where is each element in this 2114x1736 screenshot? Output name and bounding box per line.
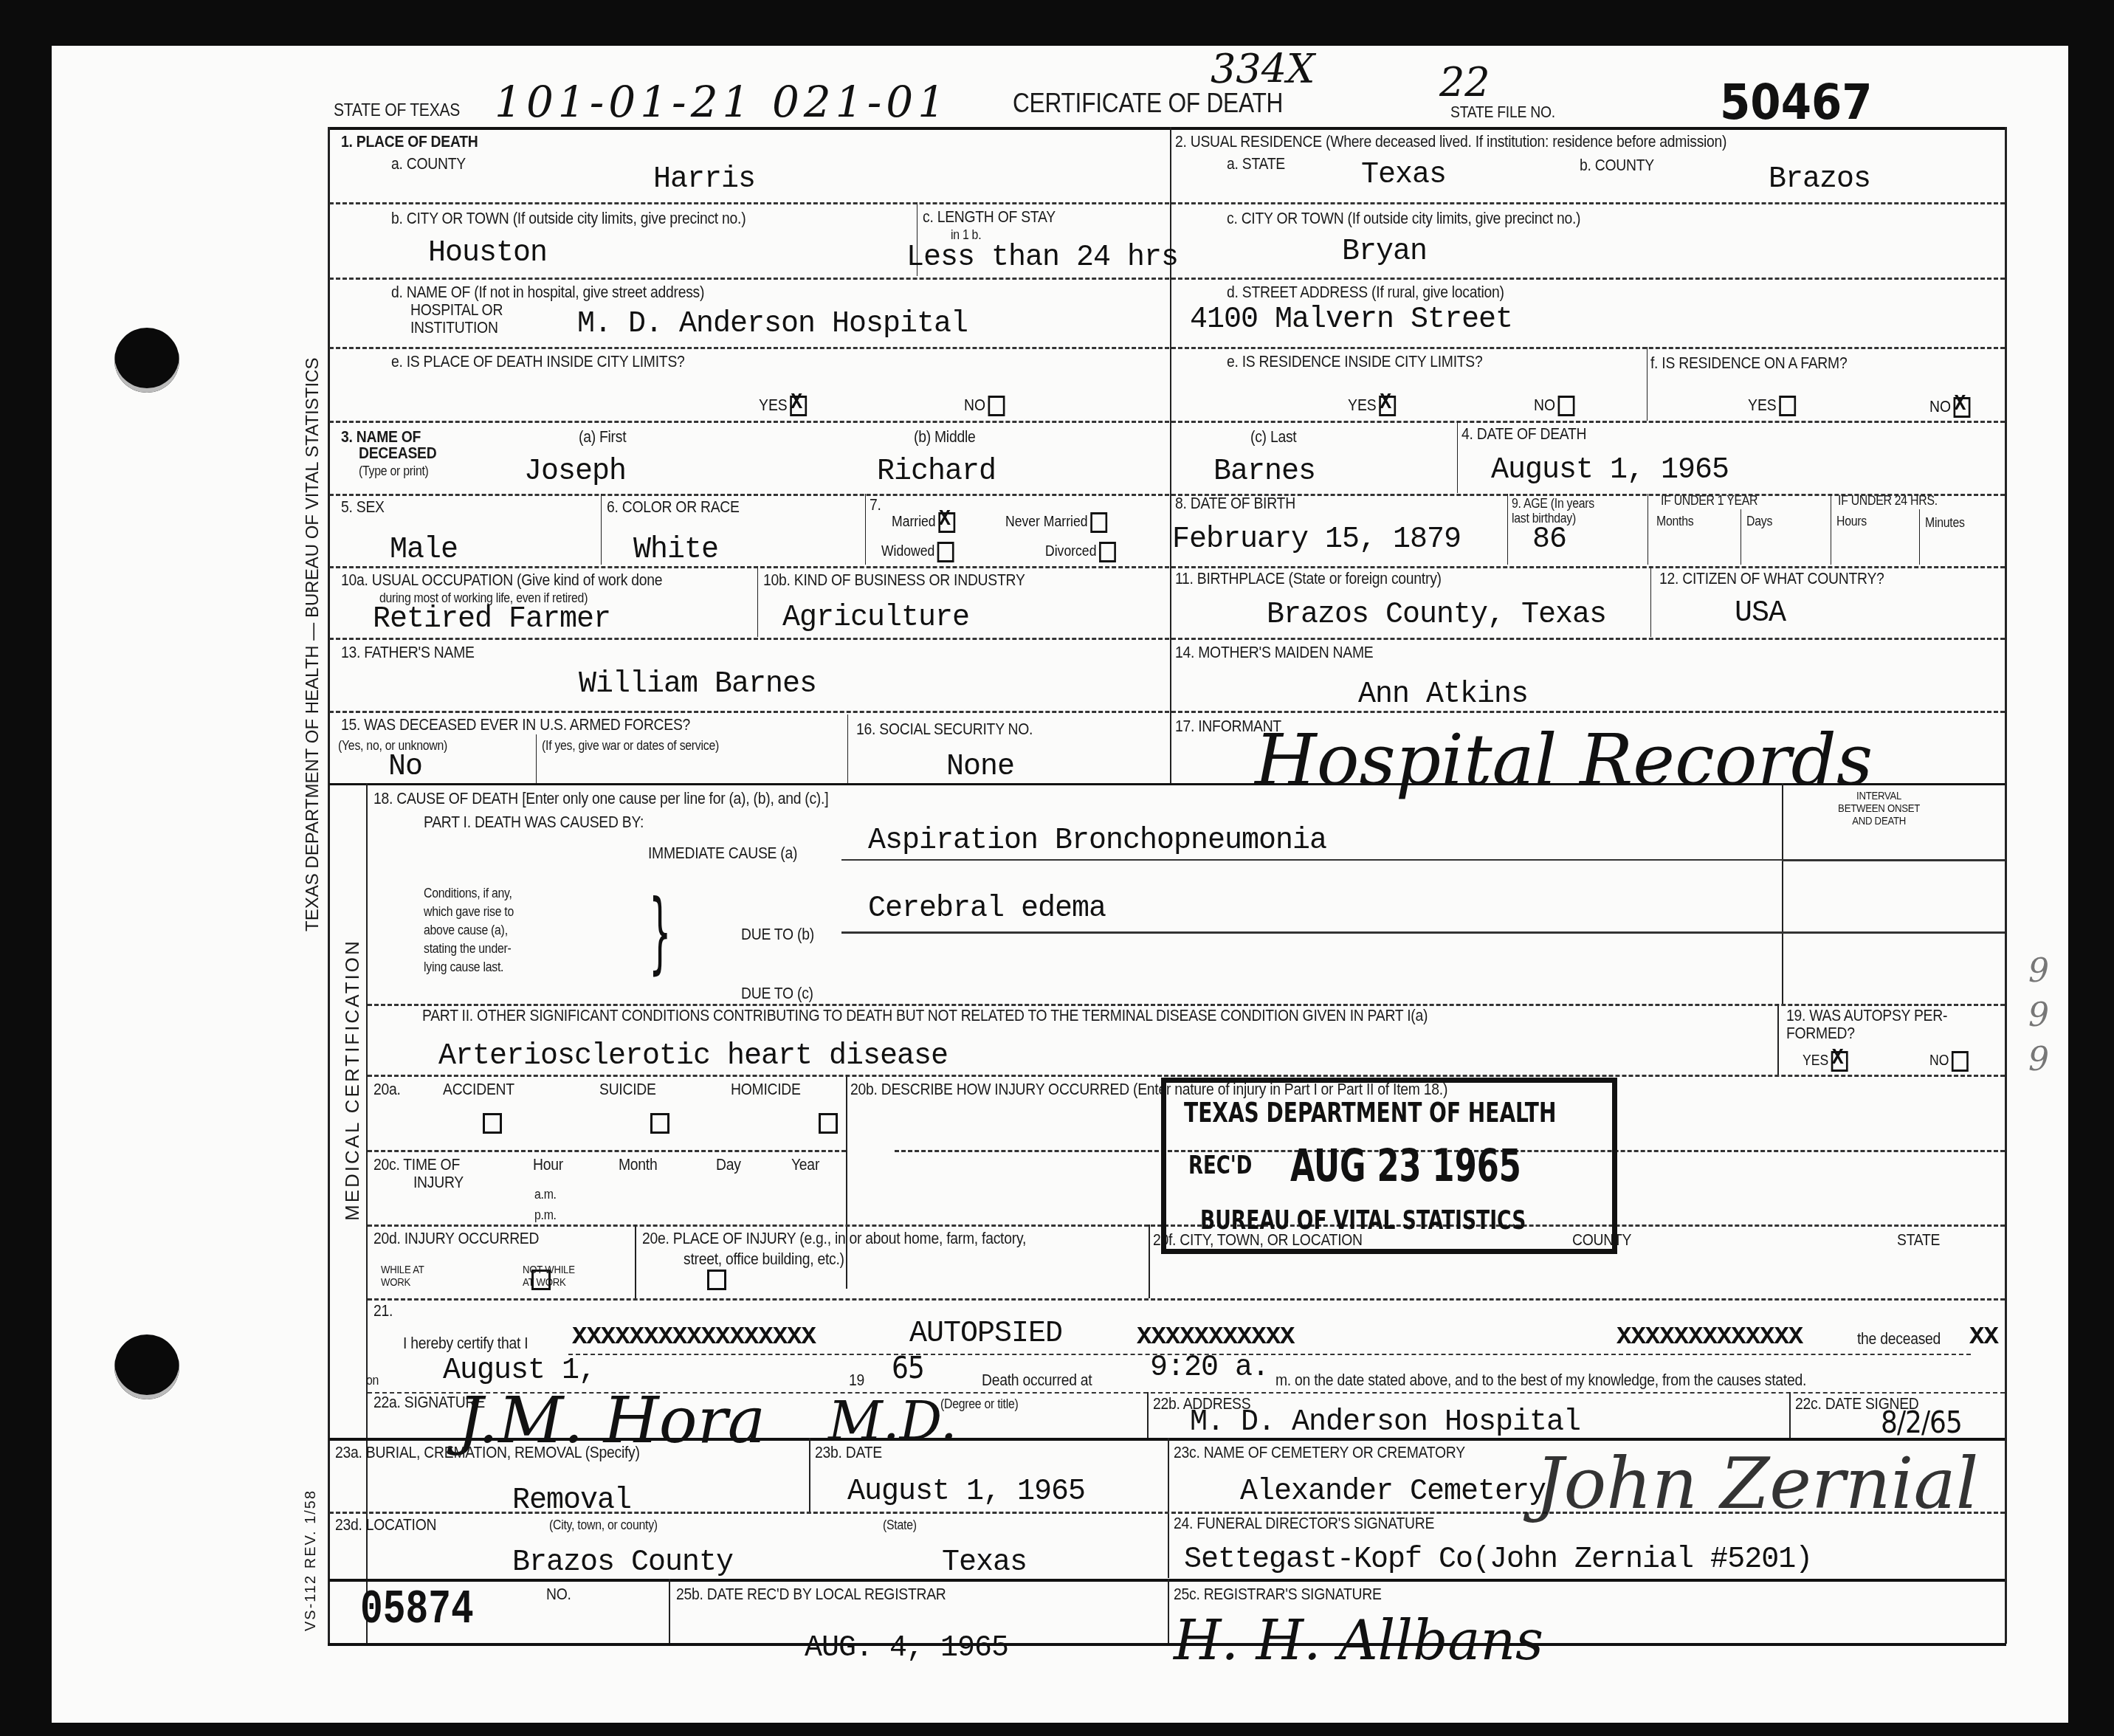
industry-value: Agriculture [782,602,969,635]
armed-forces-value: No [388,751,422,784]
year-value: 65 [892,1352,924,1385]
row-rule [368,1150,846,1152]
res-state-value: Texas [1361,159,1446,192]
handwritten-annotation-2: 22 [1439,59,1490,106]
checkbox-unchecked[interactable] [1952,1051,1969,1072]
hour-label: Hour [533,1156,563,1174]
industry-divider [757,566,758,637]
race-value: White [633,534,718,567]
accident-checkbox[interactable] [483,1113,502,1134]
hours-label: Hours [1836,514,1867,528]
row-rule [329,278,2005,280]
dob-value: February 15, 1879 [1172,524,1461,557]
under-24-divider [1831,494,1831,565]
interval-divider [1782,783,1783,1005]
checkbox-unchecked[interactable] [1090,512,1107,533]
res-county-label: b. COUNTY [1580,156,1654,174]
death-time-value: 9:20 a. [1150,1352,1269,1385]
months-label: Months [1656,514,1693,528]
registrar-no-label: NO. [546,1585,571,1603]
brace-icon: } [649,889,672,977]
recd-value: AUG. 4, 1965 [805,1633,1008,1665]
death-inside-limits-yes[interactable]: YES [759,396,807,416]
registrar-sig-divider [1168,1579,1169,1643]
marital-label: 7. [870,496,881,514]
minutes-divider [1919,509,1920,565]
conditions-line: lying cause last. [424,960,514,974]
stay-sub-label: in 1 b. [951,227,981,242]
res-inside-limits-yes[interactable]: YES [1348,396,1396,416]
form-code: VS-112 REV. 1/58 [303,1489,320,1631]
res-street-label: d. STREET ADDRESS (If rural, give locati… [1227,283,1504,301]
not-while-at-work-checkbox[interactable] [707,1270,726,1290]
part2-label: PART II. OTHER SIGNIFICANT CONDITIONS CO… [422,1007,1428,1024]
cemetery-label: 23c. NAME OF CEMETERY OR CREMATORY [1174,1444,1465,1461]
first-name-label: (a) First [579,428,626,446]
registrar-signature-label: 25c. REGISTRAR'S SIGNATURE [1174,1585,1382,1603]
while-at-work-label: WHILE AT WORK [381,1264,427,1289]
deceased-text: the deceased [1857,1330,1941,1348]
autopsy-no[interactable]: NO [1929,1051,1969,1072]
birthplace-label: 11. BIRTHPLACE (State or foreign country… [1175,570,1442,588]
cause-of-death-label: 18. CAUSE OF DEATH [Enter only one cause… [373,790,828,807]
conditions-line: stating the under- [424,941,514,956]
checkbox-unchecked[interactable] [1779,396,1796,416]
burial-date-divider [809,1438,810,1512]
marital-divider [865,494,866,565]
due-to-c-label: DUE TO (c) [741,985,813,1002]
place-of-injury-label: 20e. PLACE OF INJURY (e.g., in or about … [642,1230,1026,1247]
section-rule [329,1438,2005,1441]
suicide-label: SUICIDE [599,1081,656,1098]
location-state-label: (State) [883,1518,917,1532]
state-file-number: 50467 [1720,77,1873,128]
certify-text: I hereby certify that I [403,1334,528,1352]
row-rule [329,347,2005,349]
county-label: a. COUNTY [391,155,466,173]
cause-b-rule [841,931,2005,934]
right-margin-mark-2: 9 [2028,996,2049,1034]
suicide-checkbox[interactable] [650,1113,669,1134]
sex-value: Male [390,534,458,567]
homicide-checkbox[interactable] [819,1113,838,1134]
ssn-divider [847,714,848,784]
interval-label: INTERVAL BETWEEN ONSET AND DEATH [1834,790,1924,827]
armed-forces-sub2: (If yes, give war or dates of service) [542,738,719,753]
race-label: 6. COLOR OR RACE [607,498,740,516]
center-divider [1170,127,1171,784]
degree-label: (Degree or title) [940,1396,1019,1411]
location-city-label: (City, town, or county) [549,1518,658,1532]
section-rule [329,1579,2005,1582]
recd-divider [669,1579,670,1643]
funeral-director-value: Settegast-Kopf Co(John Zernial #5201) [1184,1544,1812,1577]
res-state-label: a. STATE [1227,155,1285,173]
checkbox-checked[interactable] [938,512,955,533]
first-name-value: Joseph [524,456,626,489]
farm-no[interactable]: NO [1929,397,1970,418]
days-label: Days [1746,514,1772,528]
injury-occurred-label: 20d. INJURY OCCURRED [373,1230,539,1247]
under-year-divider [1648,494,1648,565]
row-rule [329,202,2005,204]
struck-text-3: XXXXXXXXXXXXX [1617,1321,1803,1354]
autopsied-value: AUTOPSIED [909,1318,1062,1351]
cause-a-rule [841,859,1786,861]
medical-inner-border [366,783,368,1643]
days-divider [1741,509,1741,565]
year-label: Year [791,1156,819,1174]
year-prefix-label: 19 [849,1371,864,1389]
mother-label: 14. MOTHER'S MAIDEN NAME [1175,644,1373,661]
father-value: William Barnes [579,669,816,701]
row-rule [329,638,2005,640]
conditions-note: Conditions, if any, which gave rise to a… [424,886,526,974]
farm-divider [1647,347,1648,421]
birthplace-value: Brazos County, Texas [1267,599,1606,632]
age-label: 9. AGE (In years last birthday) [1512,496,1609,526]
part1-label: PART I. DEATH WAS CAUSED BY: [424,813,644,831]
burial-label: 23a. BURIAL, CREMATION, REMOVAL (Specify… [335,1444,640,1461]
armed-forces-label: 15. WAS DECEASED EVER IN U.S. ARMED FORC… [341,716,690,734]
homicide-label: HOMICIDE [731,1081,801,1098]
name-label-2: DECEASED [359,444,436,462]
due-to-b-value: Cerebral edema [868,893,1106,926]
location-label: 23d. LOCATION [335,1516,436,1534]
dod-value: August 1, 1965 [1491,455,1729,487]
time-of-injury-label-2: INJURY [413,1174,464,1191]
res-county-value: Brazos [1769,164,1870,196]
stamp-date: AUG 23 1965 [1290,1140,1521,1192]
due-to-b-label: DUE TO (b) [741,926,814,943]
mother-value: Ann Atkins [1358,679,1528,712]
name-label-3: (Type or print) [359,464,429,478]
death-occurred-label: Death occurred at [982,1371,1092,1389]
burial-date-value: August 1, 1965 [847,1476,1085,1509]
farm-yes[interactable]: YES [1748,396,1796,416]
citizen-value: USA [1735,598,1786,630]
certify-line [568,1354,1971,1355]
recd-label: 25b. DATE REC'D BY LOCAL REGISTRAR [676,1585,946,1603]
funeral-director-label: 24. FUNERAL DIRECTOR'S SIGNATURE [1174,1515,1434,1532]
form-right-border [2005,127,2007,1644]
checkbox-unchecked[interactable] [1558,396,1575,416]
autopsy-divider [1777,1004,1779,1075]
citizen-divider [1650,566,1651,637]
dod-label: 4. DATE OF DEATH [1461,425,1586,443]
address-divider [1147,1392,1149,1438]
informant-signature: Hospital Records [1255,723,1873,797]
autopsy-label: 19. WAS AUTOPSY PER-FORMED? [1786,1007,1949,1042]
location-city-value: Brazos County [512,1547,733,1580]
ssn-value: None [946,751,1014,784]
immediate-cause-label: IMMEDIATE CAUSE (a) [648,844,797,862]
checkbox-checked[interactable] [1954,397,1971,418]
right-margin-mark-3: 9 [2028,1041,2049,1078]
checkbox-checked[interactable] [790,396,807,416]
stamp-recd-label: REC'D [1188,1151,1252,1180]
received-stamp: TEXAS DEPARTMENT OF HEALTH REC'D AUG 23 … [1161,1078,1617,1254]
death-city-value: Houston [428,238,547,270]
ssn-label: 16. SOCIAL SECURITY NO. [856,720,1033,738]
row-rule [329,711,2005,713]
state-of-texas-label: STATE OF TEXAS [334,102,460,120]
injury-state-label: STATE [1897,1231,1940,1249]
date-signed-divider [1789,1392,1791,1438]
burial-date-label: 23b. DATE [815,1444,882,1461]
certifier-address-value: M. D. Anderson Hospital [1190,1407,1580,1439]
middle-name-label: (b) Middle [914,428,975,446]
not-while-at-work-label: NOT WHILE AT WORK [523,1264,588,1289]
city-divider [1149,1224,1150,1298]
inside-limits-label: e. IS PLACE OF DEATH INSIDE CITY LIMITS? [391,353,685,371]
armed-sub-divider [536,734,537,783]
stamp-bureau: BUREAU OF VITAL STATISTICS [1200,1205,1526,1236]
race-divider [601,494,602,565]
struck-text-4: XX [1969,1321,1998,1354]
marital-widowed[interactable]: Widowed [881,542,954,562]
sex-label: 5. SEX [341,498,385,516]
father-label: 13. FATHER'S NAME [341,644,475,661]
cemetery-divider [1168,1438,1169,1578]
am-label: a.m. [534,1187,557,1202]
checkbox-checked[interactable] [1379,396,1396,416]
marital-never-married[interactable]: Never Married [1005,512,1107,533]
immediate-cause-value: Aspiration Bronchopneumonia [868,825,1326,858]
age-value: 86 [1532,524,1566,557]
usual-residence-label: 2. USUAL RESIDENCE (Where deceased lived… [1175,133,1726,151]
minutes-label: Minutes [1925,515,1965,530]
checkbox-unchecked[interactable] [988,396,1005,416]
hospital-value: M. D. Anderson Hospital [577,309,968,341]
occupation-label: 10a. USUAL OCCUPATION (Give kind of work… [341,571,662,589]
struck-text-1: XXXXXXXXXXXXXXXXX [572,1321,816,1354]
checkbox-unchecked[interactable] [937,542,954,562]
form-left-border [328,127,330,1644]
checkbox-unchecked[interactable] [1099,542,1116,562]
handwritten-annotation-1: 334X [1211,46,1315,92]
stamp-agency: TEXAS DEPARTMENT OF HEALTH [1184,1096,1556,1129]
form-bottom-rule [328,1643,2006,1646]
length-of-stay-value: Less than 24 hrs [906,242,1178,275]
place-of-injury-label-2: street, office building, etc.) [684,1250,844,1268]
checkbox-checked[interactable] [1831,1051,1848,1072]
death-county-value: Harris [653,164,755,196]
conditions-line: Conditions, if any, [424,886,514,900]
res-inside-limits-label: e. IS RESIDENCE INSIDE CITY LIMITS? [1227,353,1483,371]
row-rule [329,421,2005,423]
under-24-label: IF UNDER 24 HRS. [1838,493,1938,508]
citizen-label: 12. CITIZEN OF WHAT COUNTRY? [1659,570,1884,588]
struck-text-2: XXXXXXXXXXX [1137,1321,1294,1354]
accident-label: ACCIDENT [443,1081,514,1098]
on-label: on [366,1373,379,1388]
hole-punch-top [114,328,179,393]
res-inside-limits-no[interactable]: NO [1534,396,1574,416]
describe-divider [846,1075,847,1289]
certify-tail-text: m. on the date stated above, and to the … [1275,1371,1806,1389]
location-state-value: Texas [942,1547,1027,1580]
form-top-rule [328,127,2006,130]
marital-divorced[interactable]: Divorced [1045,542,1116,562]
age-divider [1507,494,1508,565]
state-file-label: STATE FILE NO. [1450,103,1555,121]
registrar-signature: H. H. Allbans [1174,1608,1543,1674]
conditions-line: which gave rise to [424,904,514,919]
day-label: Day [716,1156,741,1174]
right-margin-mark-1: 9 [2028,952,2049,990]
certificate-title: CERTIFICATE OF DEATH [1013,89,1283,118]
occupation-value: Retired Farmer [373,604,610,636]
res-street-value: 4100 Malvern Street [1190,304,1512,337]
stay-label: c. LENGTH OF STAY [923,208,1056,226]
res-city-value: Bryan [1342,236,1427,269]
label-21: 21. [373,1302,393,1320]
row-rule [368,1075,2005,1077]
section-rule [329,783,2005,785]
time-of-injury-label: 20c. TIME OF [373,1156,460,1174]
place-divider [635,1224,636,1298]
handwritten-code: 101-01-21 021-01 [495,77,949,127]
dod-divider [1457,421,1458,493]
industry-label: 10b. KIND OF BUSINESS OR INDUSTRY [763,571,1025,589]
under-year-label: IF UNDER 1 YEAR [1661,493,1757,508]
registrar-number: 05874 [360,1581,474,1640]
marital-married[interactable]: Married [892,512,955,533]
last-name-label: (c) Last [1250,428,1296,446]
pm-label: p.m. [534,1208,557,1222]
last-name-value: Barnes [1213,456,1315,489]
death-inside-limits-no[interactable]: NO [964,396,1005,416]
place-of-death-label: 1. PLACE OF DEATH [341,133,478,151]
certify-date-value: August 1, [443,1355,596,1388]
hospital-label-3: INSTITUTION [410,319,498,337]
farm-label: f. IS RESIDENCE ON A FARM? [1650,354,1847,372]
city-label: b. CITY OR TOWN (If outside city limits,… [391,210,746,227]
middle-name-value: Richard [877,456,996,489]
row-rule [368,1298,2005,1301]
hospital-label-2: HOSPITAL OR [410,301,503,319]
left-margin-agency: TEXAS DEPARTMENT OF HEALTH — BUREAU OF V… [303,358,323,931]
month-label: Month [619,1156,657,1174]
res-city-label: c. CITY OR TOWN (If outside city limits,… [1227,210,1580,227]
autopsy-yes[interactable]: YES [1803,1051,1848,1072]
part2-value: Arteriosclerotic heart disease [438,1041,948,1073]
interval-rule [1782,859,2005,861]
dob-label: 8. DATE OF BIRTH [1175,495,1295,512]
label-20a: 20a. [373,1081,401,1098]
row-rule [329,566,2005,568]
cemetery-value: Alexander Cemetery [1240,1476,1546,1509]
hospital-label: d. NAME OF (If not in hospital, give str… [391,283,704,301]
date-signed-value: 8/2/65 [1881,1407,1962,1439]
conditions-line: above cause (a), [424,923,514,937]
hole-punch-bottom [114,1334,179,1399]
medical-certification-label: MEDICAL CERTIFICATION [341,939,364,1221]
funeral-director-signature: John Zernial [1535,1447,1978,1520]
